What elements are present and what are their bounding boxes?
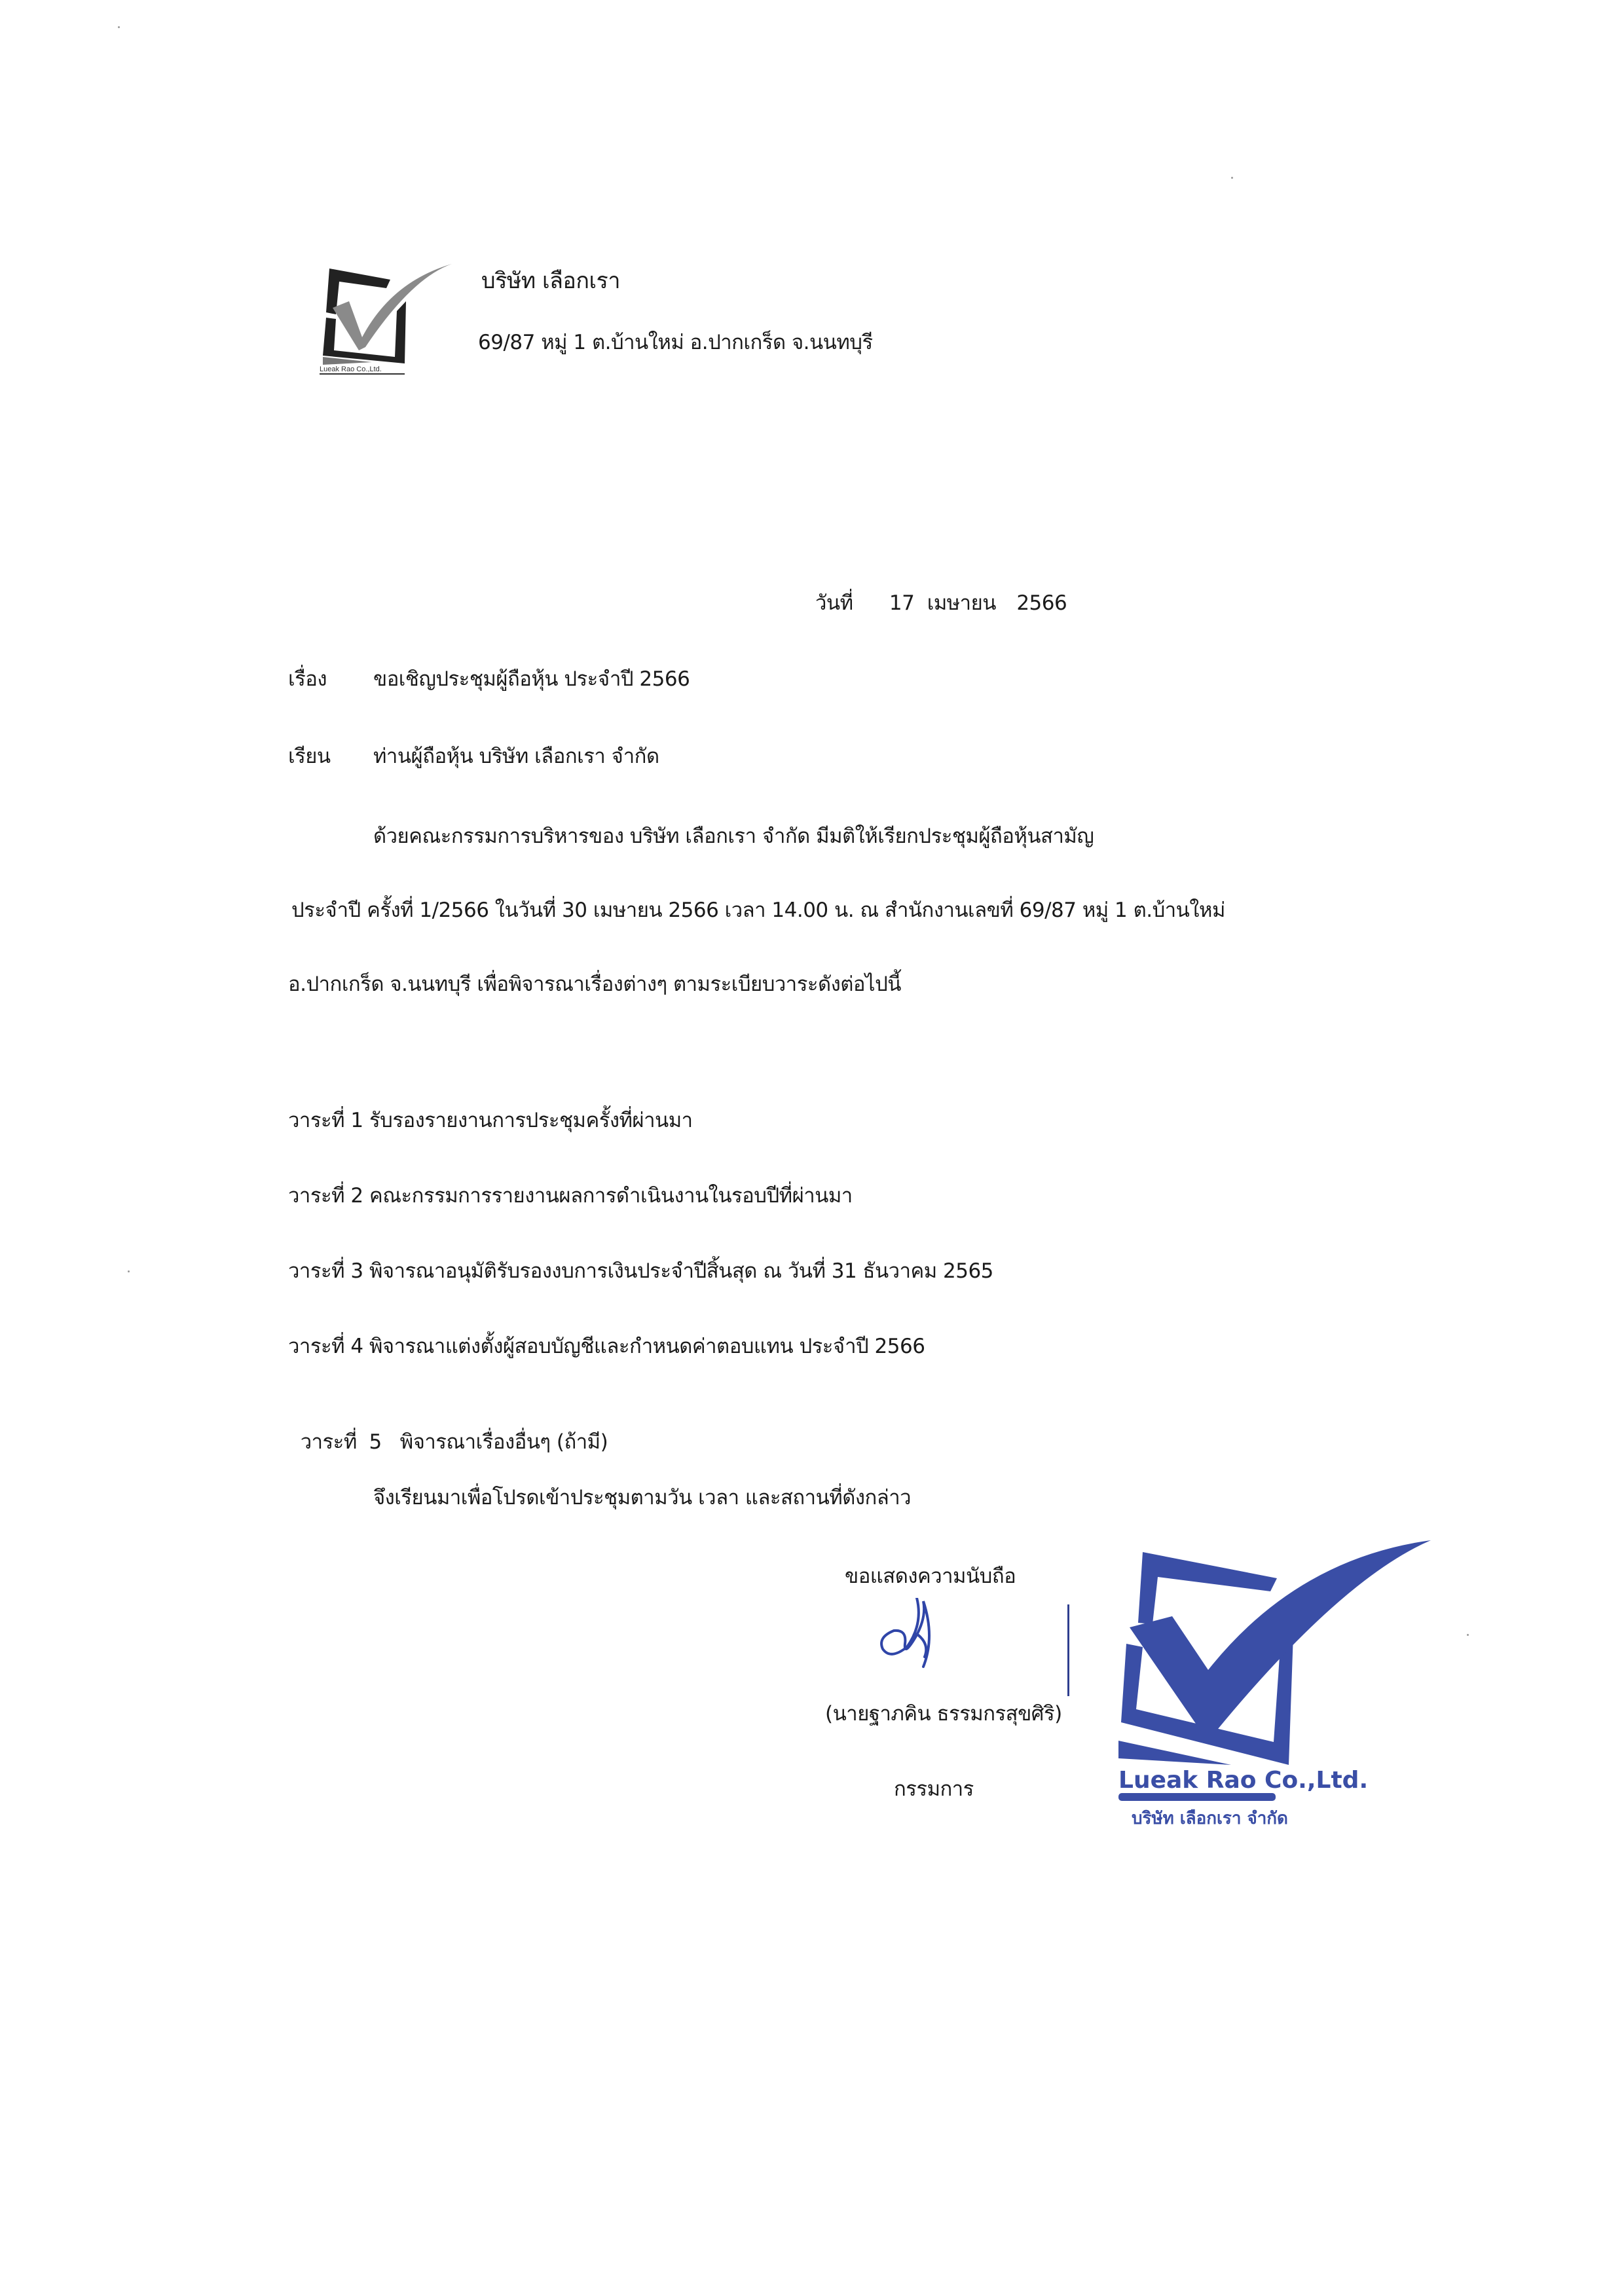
svg-text:Lueak Rao Co.,Ltd.: Lueak Rao Co.,Ltd. — [320, 365, 382, 373]
svg-text:Lueak Rao Co.,Ltd.: Lueak Rao Co.,Ltd. — [1118, 1767, 1368, 1794]
scan-speck — [128, 1270, 130, 1272]
body-paragraph-line-3: อ.ปากเกร็ด จ.นนทบุรี เพื่อพิจารณาเรื่องต… — [288, 974, 901, 995]
letter-date: วันที่ 17 เมษายน 2566 — [815, 593, 1067, 614]
agenda-label: วาระที่ 3 — [288, 1259, 363, 1283]
subject-label: เรื่อง — [288, 669, 327, 690]
company-name: บริษัท เลือกเรา — [481, 270, 620, 292]
date-day: 17 — [889, 593, 914, 614]
date-label: วันที่ — [815, 593, 853, 614]
signature-stroke — [1067, 1604, 1069, 1696]
agenda-label: วาระที่ 1 — [288, 1109, 363, 1132]
body-paragraph-line-1: ด้วยคณะกรรมการบริหารของ บริษัท เลือกเรา … — [373, 826, 1094, 847]
company-logo-icon: Lueak Rao Co.,Ltd. — [313, 252, 454, 377]
date-month: เมษายน — [927, 593, 996, 614]
agenda-text: พิจารณาเรื่องอื่นๆ (ถ้ามี) — [382, 1430, 608, 1454]
company-stamp-icon: Lueak Rao Co.,Ltd. บริษัท เลือกเรา จำกัด — [1080, 1532, 1447, 1840]
signatory-title: กรรมการ — [894, 1779, 974, 1800]
closing-sentence: จึงเรียนมาเพื่อโปรดเข้าประชุมตามวัน เวลา… — [373, 1488, 911, 1508]
svg-text:บริษัท เลือกเรา จำกัด: บริษัท เลือกเรา จำกัด — [1132, 1809, 1288, 1828]
subject-value: ขอเชิญประชุมผู้ถือหุ้น ประจำปี 2566 — [373, 669, 690, 690]
recipient-value: ท่านผู้ถือหุ้น บริษัท เลือกเรา จำกัด — [373, 747, 659, 767]
agenda-label: วาระที่ 4 — [288, 1335, 363, 1358]
scan-speck — [1231, 177, 1233, 179]
recipient-label: เรียน — [288, 747, 331, 767]
agenda-item: วาระที่ 5 พิจารณาเรื่องอื่นๆ (ถ้ามี) — [288, 1412, 608, 1453]
agenda-item: วาระที่ 4 พิจารณาแต่งตั้งผู้สอบบัญชีและก… — [288, 1337, 925, 1357]
signatory-name: (นายฐาภคิน ธรรมกรสุขศิริ) — [825, 1704, 1062, 1724]
agenda-item: วาระที่ 3 พิจารณาอนุมัติรับรองงบการเงินป… — [288, 1261, 993, 1282]
agenda-text: คณะกรรมการรายงานผลการดำเนินงานในรอบปีที่… — [369, 1184, 853, 1208]
scan-speck — [118, 26, 120, 28]
regards-text: ขอแสดงความนับถือ — [845, 1566, 1016, 1587]
scan-speck — [1467, 1634, 1469, 1636]
handwritten-signature-icon — [877, 1598, 950, 1690]
agenda-item: วาระที่ 1 รับรองรายงานการประชุมครั้งที่ผ… — [288, 1111, 693, 1131]
date-year: 2566 — [1016, 593, 1067, 614]
agenda-text: พิจารณาอนุมัติรับรองงบการเงินประจำปีสิ้น… — [369, 1259, 993, 1283]
body-paragraph-line-2: ประจำปี ครั้งที่ 1/2566 ในวันที่ 30 เมษา… — [291, 900, 1225, 921]
agenda-text: พิจารณาแต่งตั้งผู้สอบบัญชีและกำหนดค่าตอบ… — [369, 1335, 925, 1358]
agenda-label: วาระที่ 2 — [288, 1184, 363, 1208]
agenda-item: วาระที่ 2 คณะกรรมการรายงานผลการดำเนินงาน… — [288, 1186, 853, 1206]
company-address: 69/87 หมู่ 1 ต.บ้านใหม่ อ.ปากเกร็ด จ.นนท… — [478, 333, 873, 353]
agenda-text: รับรองรายงานการประชุมครั้งที่ผ่านมา — [369, 1109, 693, 1132]
agenda-label: วาระที่ 5 — [301, 1430, 382, 1454]
